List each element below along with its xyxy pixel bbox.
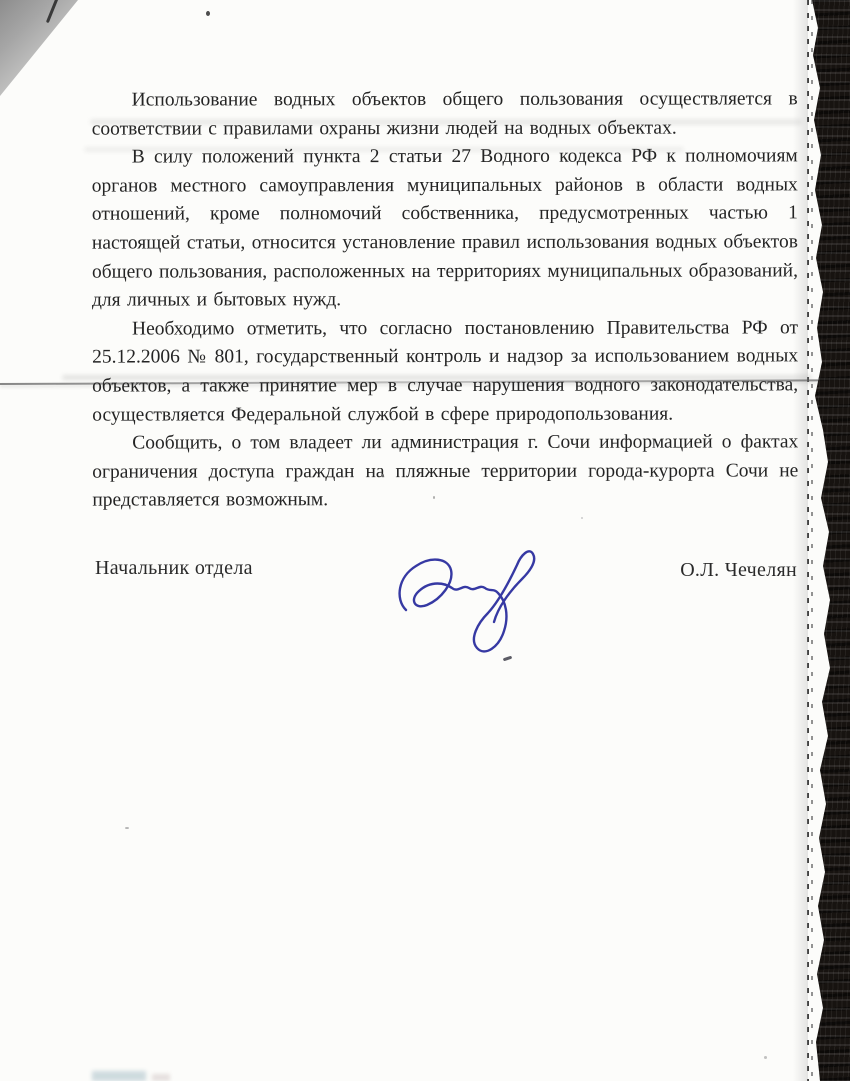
scanned-letter-page: Использование водных объектов общего пол… <box>0 0 850 1081</box>
scan-speck <box>581 517 583 519</box>
folded-corner <box>0 0 78 96</box>
body-paragraph: Необходимо отметить, что согласно постан… <box>92 314 798 430</box>
body-paragraph: Сообщить, о том владеет ли администрация… <box>92 429 798 516</box>
scan-speck <box>764 1056 767 1059</box>
body-paragraph: Использование водных объектов общего пол… <box>92 85 798 143</box>
scan-speck <box>206 11 210 16</box>
scan-speck <box>256 501 258 504</box>
cutoff-footer-text <box>92 1071 146 1081</box>
signatory-position-title: Начальник отдела <box>95 557 253 580</box>
letter-body: Использование водных объектов общего пол… <box>92 85 799 515</box>
scan-speck <box>381 474 384 477</box>
scan-speck <box>433 496 435 499</box>
signature-stroke <box>400 551 535 651</box>
scan-perforation-marks <box>811 0 813 1081</box>
cutoff-footer-text <box>152 1074 170 1081</box>
signatory-name: О.Л. Чечелян <box>680 559 797 582</box>
signature-ink-icon <box>386 536 550 670</box>
body-paragraph: В силу положений пункта 2 статьи 27 Водн… <box>92 143 798 316</box>
scan-speck <box>125 827 129 829</box>
